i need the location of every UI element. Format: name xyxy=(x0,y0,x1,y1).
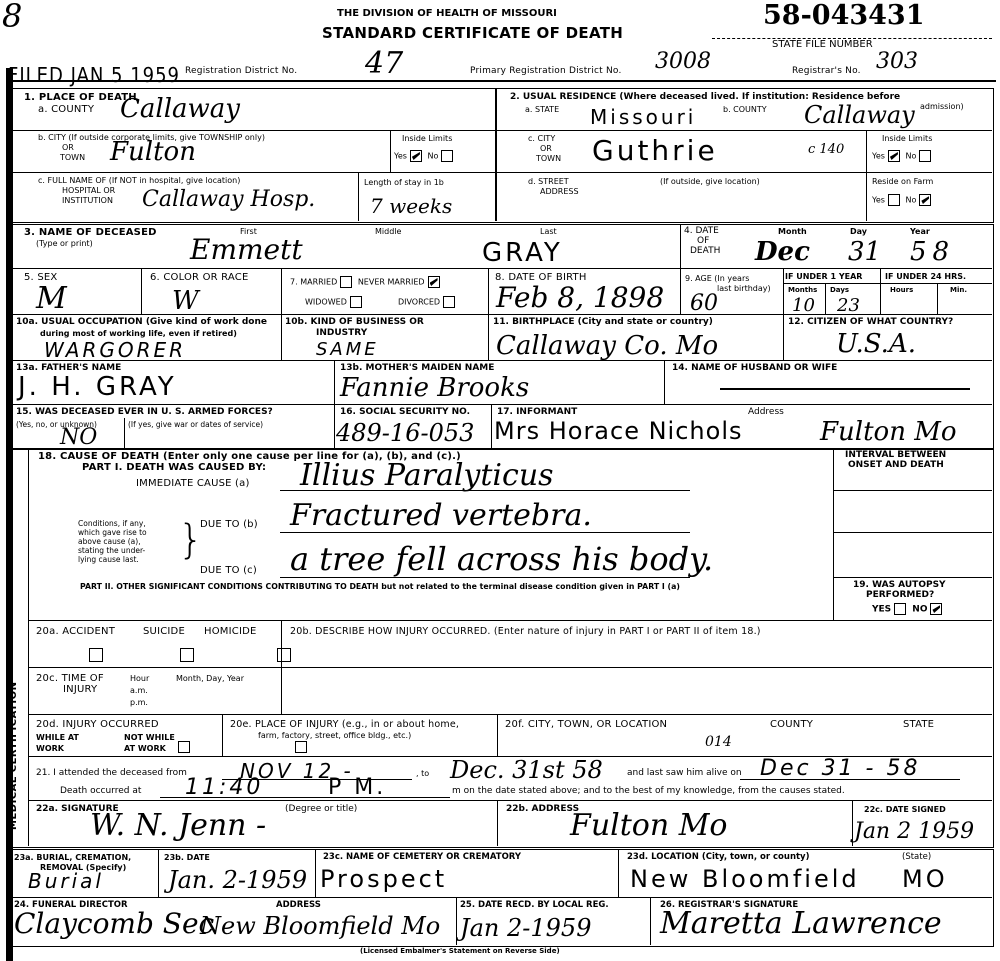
autopsy-yes-checkbox[interactable] xyxy=(894,603,906,615)
residence-county-label: b. COUNTY xyxy=(723,105,767,114)
date-of-death-death: DEATH xyxy=(690,247,720,256)
marital-status-row1: 7. MARRIED NEVER MARRIED xyxy=(290,276,443,288)
business-label: 10b. KIND OF BUSINESS OR xyxy=(285,318,424,327)
date-recd-value[interactable]: Jan 2-1959 xyxy=(460,914,591,942)
marital-status-row2: WIDOWED DIVORCED xyxy=(305,296,458,308)
burial-location-label: 23d. LOCATION (City, town, or county) xyxy=(627,853,809,862)
divider xyxy=(880,268,881,314)
never-married-label: NEVER MARRIED xyxy=(358,278,425,287)
divider xyxy=(497,714,498,756)
city-label-town: TOWN xyxy=(60,153,85,162)
divider xyxy=(833,490,992,491)
state-file-number: 58-043431 xyxy=(763,0,925,31)
spouse-value-dash xyxy=(720,388,970,390)
funeral-address-label: ADDRESS xyxy=(276,901,321,910)
autopsy-no-checkbox[interactable] xyxy=(930,603,942,615)
age-label-2: last birthday) xyxy=(717,284,771,293)
never-married-checkbox[interactable] xyxy=(428,276,440,288)
residence-city-value[interactable]: Guthrie xyxy=(592,138,718,164)
informant-address-value[interactable]: Fulton Mo xyxy=(820,418,957,446)
immediate-cause-value[interactable]: Illius Paralyticus xyxy=(300,462,554,490)
divider xyxy=(12,172,495,173)
hour-label: Hour xyxy=(130,674,149,683)
street-hint: (If outside, give location) xyxy=(660,177,760,186)
ssn-value[interactable]: 489-16-053 xyxy=(336,419,474,447)
yes-label: Yes xyxy=(394,152,407,161)
divider xyxy=(28,714,992,715)
divider xyxy=(334,404,335,448)
married-checkbox[interactable] xyxy=(340,276,352,288)
city-value[interactable]: Fulton xyxy=(110,138,196,166)
residence-inside-limits-label: Inside Limits xyxy=(882,134,932,143)
divider xyxy=(12,268,992,269)
autopsy-label-2: PERFORMED? xyxy=(866,591,934,600)
county-value[interactable]: Callaway xyxy=(120,95,240,123)
divider xyxy=(937,283,938,314)
last-label: Last xyxy=(540,227,557,236)
divider xyxy=(28,448,29,846)
no-label: NO xyxy=(912,605,927,615)
no-label: No xyxy=(905,196,916,205)
inside-limits-label: Inside Limits xyxy=(402,134,452,143)
under-24-hrs-label: IF UNDER 24 HRS. xyxy=(885,272,966,281)
registration-district-value: 47 xyxy=(365,50,403,78)
divider xyxy=(783,268,784,314)
conditions-note-line: which gave rise to xyxy=(78,528,147,537)
while-at-work-checkbox[interactable] xyxy=(178,741,190,753)
farm-no-checkbox[interactable] xyxy=(919,194,931,206)
address-value[interactable]: Fulton Mo xyxy=(570,812,728,840)
attended-to-value[interactable]: Dec. 31st 58 xyxy=(450,756,603,784)
part2-label: PART II. OTHER SIGNIFICANT CONDITIONS CO… xyxy=(80,582,680,591)
homicide-checkbox[interactable] xyxy=(277,648,291,662)
widowed-checkbox[interactable] xyxy=(350,296,362,308)
no-label: No xyxy=(427,152,438,161)
divider xyxy=(833,577,992,578)
burial-date-value[interactable]: Jan. 2-1959 xyxy=(168,866,307,894)
divider xyxy=(833,532,992,533)
residence-state-label: a. STATE xyxy=(525,105,559,114)
pm-label: p.m. xyxy=(130,698,148,707)
attended-to-label: , to xyxy=(416,769,429,778)
month-label: Month xyxy=(778,227,807,236)
min-label: Min. xyxy=(950,286,967,295)
injury-state-label: STATE xyxy=(903,719,934,730)
divider xyxy=(390,130,391,172)
informant-address-label: Address xyxy=(748,408,784,417)
cemetery-label: 23c. NAME OF CEMETERY OR CREMATORY xyxy=(323,853,521,862)
medical-certification-side: MEDICAL CERTIFICATION xyxy=(6,600,26,840)
divider xyxy=(618,849,619,897)
registrar-signature-value[interactable]: Maretta Lawrence xyxy=(660,910,942,938)
race-label: 6. COLOR OR RACE xyxy=(150,272,249,283)
armed-forces-hint-2: (If yes, give war or dates of service) xyxy=(128,420,263,429)
hospital-label: c. FULL NAME OF (If NOT in hospital, giv… xyxy=(38,176,240,185)
divider xyxy=(783,283,992,284)
immediate-cause-label: IMMEDIATE CAUSE (a) xyxy=(136,478,250,489)
due-to-c-label: DUE TO (c) xyxy=(200,565,257,576)
divider xyxy=(680,224,681,268)
farm-yes-checkbox[interactable] xyxy=(888,194,900,206)
registration-district-label: Registration District No. xyxy=(185,66,297,77)
divider xyxy=(497,800,498,846)
divider xyxy=(222,714,223,756)
burial-value[interactable]: Burial xyxy=(28,868,104,894)
under-1-year-label: IF UNDER 1 YEAR xyxy=(785,272,862,281)
length-of-stay-label: Length of stay in 1b xyxy=(364,178,444,187)
burial-state-label: (State) xyxy=(902,853,931,862)
reside-on-farm-options: Yes No xyxy=(872,194,934,206)
divider xyxy=(358,172,359,221)
place-of-injury-label: 20e. PLACE OF INJURY (e.g., in or about … xyxy=(230,719,459,730)
conditions-note-line: above cause (a), xyxy=(78,537,147,546)
occupation-label: 10a. USUAL OCCUPATION (Give kind of work… xyxy=(16,318,267,327)
conditions-note-line: stating the under- xyxy=(78,546,147,555)
date-signed-value[interactable]: Jan 2 1959 xyxy=(854,818,974,846)
date-recd-label: 25. DATE RECD. BY LOCAL REG. xyxy=(460,901,609,910)
mother-label: 13b. MOTHER'S MAIDEN NAME xyxy=(340,364,494,373)
due-to-b-value[interactable]: Fractured vertebra. xyxy=(290,502,592,530)
divider xyxy=(6,80,996,82)
divider xyxy=(124,418,125,448)
autopsy-label: 19. WAS AUTOPSY xyxy=(853,581,946,590)
conditions-note-line: lying cause last. xyxy=(78,555,147,564)
city-town-location-label: 20f. CITY, TOWN, OR LOCATION xyxy=(505,719,667,730)
divider xyxy=(495,88,497,221)
registrars-no-value: 303 xyxy=(876,48,918,76)
not-while-at-work-label: NOT WHILE xyxy=(124,733,175,742)
underline xyxy=(280,490,690,491)
degree-label: (Degree or title) xyxy=(285,805,357,814)
yes-label: Yes xyxy=(872,152,885,161)
death-year-value[interactable]: 58 xyxy=(910,238,955,266)
page-title: STANDARD CERTIFICATE OF DEATH xyxy=(322,24,623,42)
underline xyxy=(740,779,960,780)
date-of-death-of: OF xyxy=(697,237,709,246)
page-mark: 8 xyxy=(2,2,22,30)
divider xyxy=(866,130,867,221)
county-label: a. COUNTY xyxy=(38,104,94,115)
month-day-year-label: Month, Day, Year xyxy=(176,674,244,683)
divider xyxy=(491,404,492,448)
residence-inside-limits-options: Yes No xyxy=(872,150,934,162)
residence-county-value[interactable]: Callaway xyxy=(804,101,915,129)
describe-injury-label: 20b. DESCRIBE HOW INJURY OCCURRED. (Ente… xyxy=(290,626,761,637)
divider xyxy=(488,268,489,314)
divider xyxy=(650,897,651,945)
signature-value[interactable]: W. N. Jenn - xyxy=(90,812,266,840)
divider xyxy=(495,130,992,131)
medical-certification-label: MEDICAL CERTIFICATION xyxy=(8,682,19,830)
divider xyxy=(281,314,282,360)
hospital-label-3: INSTITUTION xyxy=(62,196,113,205)
residence-city-label: c. CITY xyxy=(528,134,555,143)
divider xyxy=(12,130,495,131)
usual-residence-label-2: admission) xyxy=(920,102,964,111)
informant-value[interactable]: Mrs Horace Nichols xyxy=(494,418,742,444)
while-at-work-label: WHILE AT xyxy=(36,733,79,742)
divorced-label: DIVORCED xyxy=(398,298,440,307)
interval-label: INTERVAL BETWEEN xyxy=(845,451,946,460)
burial-label: 23a. BURIAL, CREMATION, xyxy=(14,853,131,862)
widowed-label: WIDOWED xyxy=(305,298,347,307)
inside-limits-yes-checkbox[interactable] xyxy=(410,150,422,162)
dob-value[interactable]: Feb 8, 1898 xyxy=(496,284,664,312)
embalmer-note: (Licensed Embalmer's Statement on Revers… xyxy=(360,947,560,956)
location-note: 014 xyxy=(705,728,732,756)
father-value[interactable]: J. H. GRAY xyxy=(18,374,177,400)
underline xyxy=(280,577,690,578)
last-name-value[interactable]: GRAY xyxy=(482,240,563,266)
divider xyxy=(141,268,142,314)
injury-occurred-label: 20d. INJURY OCCURRED xyxy=(36,719,159,730)
suicide-checkbox[interactable] xyxy=(180,648,194,662)
residence-city-note: c 140 xyxy=(808,136,844,164)
residence-inside-limits-yes-checkbox[interactable] xyxy=(888,150,900,162)
interval-label-2: ONSET AND DEATH xyxy=(848,461,944,470)
divider xyxy=(315,849,316,897)
funeral-address-value[interactable]: New Bloomfield Mo xyxy=(200,912,440,940)
injury-county-label: COUNTY xyxy=(770,719,813,730)
last-saw-label: and last saw him alive on xyxy=(627,769,742,778)
divider xyxy=(456,897,457,945)
not-while-at-work-checkbox[interactable] xyxy=(295,741,307,753)
death-occurred-label: Death occurred at xyxy=(60,787,141,796)
primary-district-label: Primary Registration District No. xyxy=(470,66,622,77)
yes-label: YES xyxy=(872,605,891,615)
divider xyxy=(664,360,665,404)
name-hint: (Type or print) xyxy=(36,239,93,248)
conditions-note-line: Conditions, if any, xyxy=(78,519,147,528)
date-of-death-label: 4. DATE xyxy=(684,227,719,236)
divider xyxy=(12,314,992,315)
armed-forces-label: 15. WAS DECEASED EVER IN U. S. ARMED FOR… xyxy=(16,408,273,417)
city-label-or: OR xyxy=(62,143,74,152)
hours-label: Hours xyxy=(890,286,913,295)
divider xyxy=(12,897,992,898)
divider xyxy=(334,360,335,404)
am-label: a.m. xyxy=(130,686,148,695)
death-month-value[interactable]: Dec xyxy=(755,238,810,266)
street-label-2: ADDRESS xyxy=(540,187,579,196)
burial-date-label: 23b. DATE xyxy=(164,853,210,862)
street-label: d. STREET xyxy=(528,177,569,186)
time-of-injury-label: 20c. TIME OF xyxy=(36,673,104,684)
residence-city-town: TOWN xyxy=(536,154,561,163)
length-of-stay-value[interactable]: 7 weeks xyxy=(370,192,452,220)
months-value[interactable]: 10 xyxy=(792,292,815,320)
divider xyxy=(158,849,159,897)
inside-limits-no-checkbox[interactable] xyxy=(441,150,453,162)
cemetery-value[interactable]: Prospect xyxy=(320,866,447,892)
divider xyxy=(852,800,853,846)
death-day-value[interactable]: 31 xyxy=(848,238,881,266)
place-of-injury-label-2: farm, factory, street, office bldg., etc… xyxy=(258,731,411,740)
inside-limits-options: Yes No xyxy=(394,150,456,162)
birthplace-label: 11. BIRTHPLACE (City and state or countr… xyxy=(493,318,713,327)
citizen-value[interactable]: U.S.A. xyxy=(836,330,916,358)
hospital-label-2: HOSPITAL OR xyxy=(62,186,115,195)
sex-value[interactable]: M xyxy=(36,285,67,313)
reside-on-farm-label: Reside on Farm xyxy=(872,177,933,186)
middle-label: Middle xyxy=(375,227,401,236)
conditions-note: Conditions, if any, which gave rise to a… xyxy=(78,519,147,564)
date-signed-label: 22c. DATE SIGNED xyxy=(864,805,946,814)
days-value[interactable]: 23 xyxy=(837,292,860,320)
accident-checkbox[interactable] xyxy=(89,648,103,662)
divider xyxy=(28,620,992,621)
primary-district-value: 3008 xyxy=(655,48,711,76)
time-of-injury-label-2: INJURY xyxy=(63,684,97,695)
name-of-deceased-label: 3. NAME OF DECEASED xyxy=(24,227,157,238)
divider xyxy=(12,360,992,361)
part1-label: PART I. DEATH WAS CAUSED BY: xyxy=(82,462,266,473)
due-to-b-label: DUE TO (b) xyxy=(200,519,258,530)
filed-stamp: FILED JAN 5 1959 xyxy=(8,63,180,87)
no-label: No xyxy=(905,152,916,161)
divider xyxy=(12,404,992,405)
first-name-value[interactable]: Emmett xyxy=(190,236,303,264)
divider xyxy=(28,800,992,801)
underline xyxy=(160,797,450,798)
homicide-label: HOMICIDE xyxy=(204,626,257,637)
suicide-label: SUICIDE xyxy=(143,626,185,637)
marital-label: 7. xyxy=(290,278,298,287)
ssn-label: 16. SOCIAL SECURITY NO. xyxy=(340,408,470,417)
spouse-label: 14. NAME OF HUSBAND OR WIFE xyxy=(672,364,837,373)
while-at-work-label-2: WORK xyxy=(36,744,64,753)
not-while-at-work-label-2: AT WORK xyxy=(124,744,166,753)
divider xyxy=(680,268,681,314)
division-heading: THE DIVISION OF HEALTH OF MISSOURI xyxy=(337,8,557,19)
divider xyxy=(495,172,992,173)
race-value[interactable]: W xyxy=(172,287,199,315)
divorced-checkbox[interactable] xyxy=(443,296,455,308)
registrars-no-label: Registrar's No. xyxy=(792,66,861,77)
burial-state-value[interactable]: MO xyxy=(902,866,948,892)
address-label: 22b. ADDRESS xyxy=(506,805,579,814)
married-label: MARRIED xyxy=(300,278,337,287)
age-label: 9. AGE (In years xyxy=(685,274,749,283)
divider xyxy=(488,314,489,360)
mother-value[interactable]: Fannie Brooks xyxy=(340,374,529,402)
birthplace-value[interactable]: Callaway Co. Mo xyxy=(496,332,718,360)
burial-location-value[interactable]: New Bloomfield xyxy=(630,866,860,892)
divider xyxy=(783,314,784,360)
death-statement: m on the date stated above; and to the b… xyxy=(452,787,845,796)
year-label: Year xyxy=(910,227,930,236)
hospital-value[interactable]: Callaway Hosp. xyxy=(142,186,315,214)
residence-inside-limits-no-checkbox[interactable] xyxy=(919,150,931,162)
attended-label: 21. I attended the deceased from xyxy=(36,769,187,778)
residence-state-value[interactable]: Missouri xyxy=(590,104,696,130)
divider xyxy=(825,283,826,314)
funeral-director-value[interactable]: Claycomb Sec xyxy=(14,910,214,938)
informant-label: 17. INFORMANT xyxy=(497,408,577,417)
citizen-label: 12. CITIZEN OF WHAT COUNTRY? xyxy=(788,318,953,327)
divider xyxy=(28,667,992,668)
underline xyxy=(280,532,690,533)
residence-city-or: OR xyxy=(540,144,552,153)
due-to-c-value[interactable]: a tree fell across his body. xyxy=(290,545,713,573)
day-label: Day xyxy=(850,227,867,236)
yes-label: Yes xyxy=(872,196,885,205)
accident-label: 20a. ACCIDENT xyxy=(36,626,115,637)
divider xyxy=(281,268,282,314)
divider xyxy=(833,448,834,620)
autopsy-options: YES NO xyxy=(872,603,945,615)
state-file-number-label: STATE FILE NUMBER xyxy=(772,39,873,50)
